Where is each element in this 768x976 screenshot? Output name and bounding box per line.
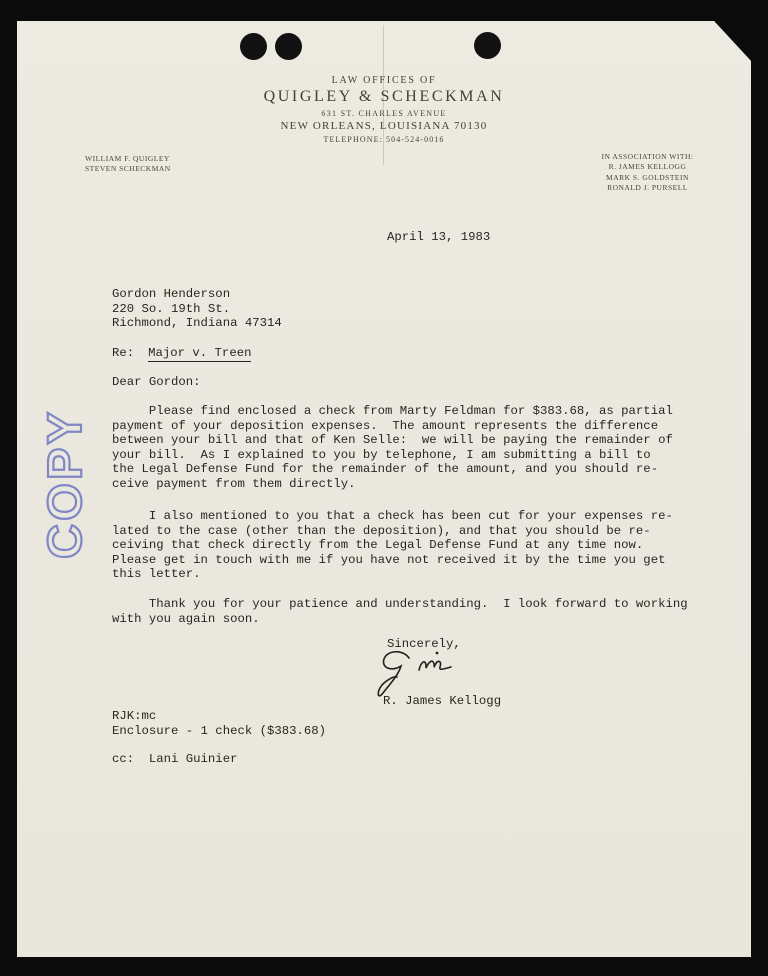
letterhead-firm-name: QUIGLEY & SCHECKMAN	[17, 88, 751, 106]
cc-line: cc: Lani Guinier	[112, 752, 237, 767]
copy-stamp-text: COPY	[39, 409, 92, 559]
re-line: Re:Major v. Treen	[112, 346, 251, 361]
re-label: Re:	[112, 346, 134, 360]
hole-punch-mark	[275, 33, 302, 60]
letterhead-office-line: LAW OFFICES OF	[17, 75, 751, 86]
body-paragraph-3: Thank you for your patience and understa…	[112, 597, 688, 626]
hole-punch-mark	[240, 33, 267, 60]
letter-page: LAW OFFICES OF QUIGLEY & SCHECKMAN 631 S…	[17, 21, 751, 957]
body-paragraph-1: Please find enclosed a check from Marty …	[112, 404, 673, 492]
letterhead-city-line: NEW ORLEANS, LOUISIANA 70130	[17, 120, 751, 132]
case-name: Major v. Treen	[148, 346, 251, 362]
body-paragraph-2: I also mentioned to you that a check has…	[112, 509, 673, 582]
copy-stamp: COPY	[33, 399, 93, 563]
letterhead-street-address: 631 ST. CHARLES AVENUE	[17, 109, 751, 118]
letterhead-partners: WILLIAM F. QUIGLEY STEVEN SCHECKMAN	[85, 154, 171, 175]
signer-typed-name: R. James Kellogg	[383, 694, 501, 709]
reference-enclosure-block: RJK:mc Enclosure - 1 check ($383.68)	[112, 709, 326, 738]
letterhead-association: IN ASSOCIATION WITH: R. JAMES KELLOGG MA…	[560, 152, 735, 194]
scan-background: { "stamp": { "text": "COPY", "color": "#…	[0, 0, 768, 976]
letter-date: April 13, 1983	[387, 230, 490, 245]
recipient-address-block: Gordon Henderson 220 So. 19th St. Richmo…	[112, 287, 282, 331]
hole-punch-mark	[474, 32, 501, 59]
salutation: Dear Gordon:	[112, 375, 201, 390]
letterhead-phone-line: TELEPHONE: 504-524-0016	[17, 135, 751, 144]
